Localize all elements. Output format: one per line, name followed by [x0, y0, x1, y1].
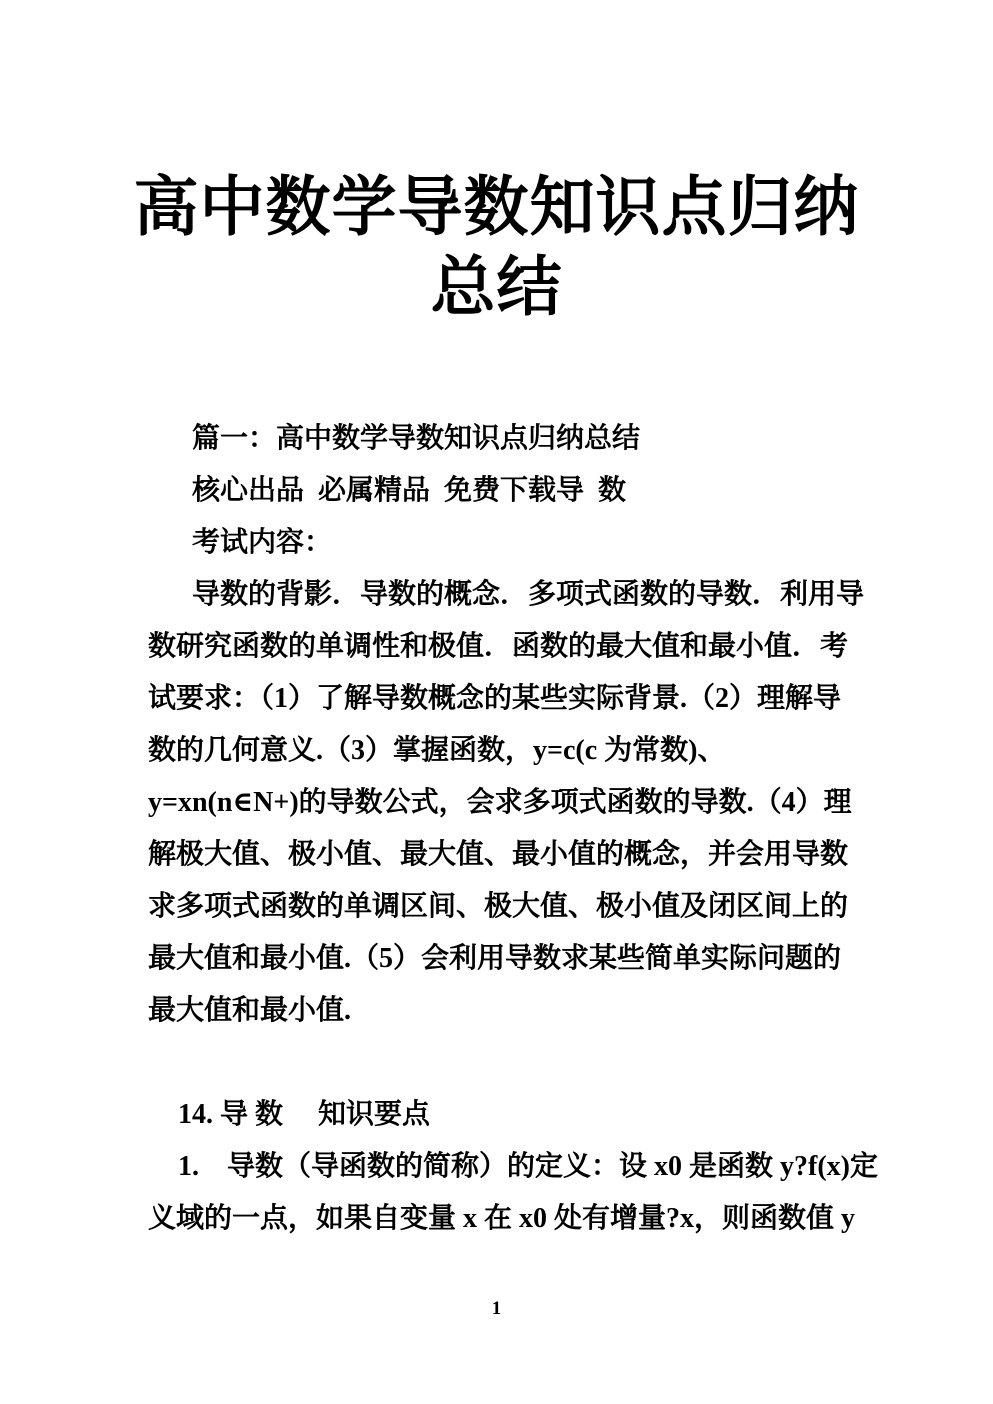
text-line: 数的几何意义.（3）掌握函数，y=c(c 为常数)、 — [148, 725, 868, 777]
text-line: 解极大值、极小值、最大值、最小值的概念，并会用导数 — [148, 829, 868, 881]
text-line: 核心出品 必属精品 免费下载导 数 — [148, 465, 868, 517]
text-line: 数研究函数的单调性和极值．函数的最大值和最小值．考 — [148, 621, 868, 673]
text-line: 考试内容： — [148, 517, 868, 569]
document-body: 篇一：高中数学导数知识点归纳总结 核心出品 必属精品 免费下载导 数 考试内容：… — [148, 413, 868, 1245]
text-line: 义域的一点，如果自变量 x 在 x0 处有增量?x，则函数值 y — [148, 1193, 868, 1245]
text-line: 导数的背影．导数的概念．多项式函数的导数．利用导 — [148, 569, 868, 621]
text-line: 试要求：（1）了解导数概念的某些实际背景.（2）理解导 — [148, 673, 868, 725]
document-title-line-1: 高中数学导数知识点归纳 — [0, 168, 993, 248]
text-line: y=xn(n∈N+)的导数公式，会求多项式函数的导数.（4）理 — [148, 777, 868, 829]
document-title: 高中数学导数知识点归纳 总结 — [0, 168, 993, 328]
section-heading-line: 14. 导 数 知识要点 — [148, 1089, 868, 1141]
blank-line — [148, 1037, 868, 1089]
text-line: 篇一：高中数学导数知识点归纳总结 — [148, 413, 868, 465]
text-line: 最大值和最小值.（5）会利用导数求某些简单实际问题的 — [148, 933, 868, 985]
text-line: 最大值和最小值. — [148, 985, 868, 1037]
text-line: 求多项式函数的单调区间、极大值、极小值及闭区间上的 — [148, 881, 868, 933]
page-number: 1 — [0, 1298, 993, 1320]
document-title-line-2: 总结 — [0, 248, 993, 328]
document-page: 高中数学导数知识点归纳 总结 篇一：高中数学导数知识点归纳总结 核心出品 必属精… — [0, 0, 993, 1404]
text-line: 1. 导数（导函数的简称）的定义：设 x0 是函数 y?f(x)定 — [148, 1141, 868, 1193]
